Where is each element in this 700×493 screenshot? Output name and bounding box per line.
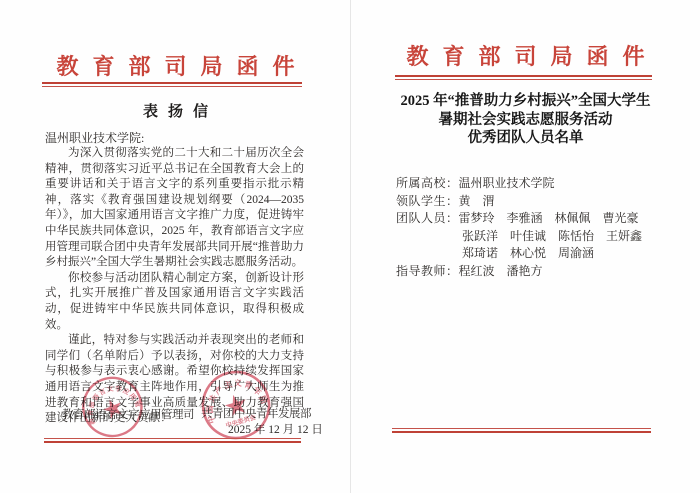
- document-scan: 教育部司局函件 表扬信 温州职业技术学院: 为深入贯彻落实党的二十大和二十届历次…: [0, 0, 700, 493]
- letter-title: 表扬信: [0, 100, 351, 121]
- letterhead-left: 教育部司局函件: [0, 50, 351, 81]
- field-advisor-value: 程红波 潘艳方: [459, 264, 543, 278]
- roster-title: 2025 年“推普助力乡村振兴”全国大学生 暑期社会实践志愿服务活动 优秀团队人…: [351, 92, 700, 148]
- letter-paragraph: 你校参与活动团队精心制定方案，创新设计形式，扎实开展推广普及国家通用语言文字实践…: [45, 271, 304, 333]
- footer-rule-right: [392, 428, 651, 433]
- salutation: 温州职业技术学院:: [45, 129, 144, 146]
- letterhead-rule-right: [395, 75, 652, 80]
- field-advisor: 指导教师：程红波 潘艳方: [396, 263, 676, 281]
- footer-rule-left: [44, 438, 301, 443]
- roster-fields: 所属高校：温州职业技术学院 领队学生：黄 渭 团队人员：雷梦玲 李雅涵 林佩佩 …: [396, 175, 676, 281]
- field-leader-value: 黄 渭: [459, 194, 495, 208]
- roster-page: 教育部司局函件 2025 年“推普助力乡村振兴”全国大学生 暑期社会实践志愿服务…: [351, 0, 700, 493]
- seal-star-icon: [223, 392, 249, 418]
- letterhead-right: 教育部司局函件: [351, 40, 700, 71]
- field-school: 所属高校：温州职业技术学院: [396, 175, 676, 193]
- field-leader: 领队学生：黄 渭: [396, 193, 676, 211]
- roster-title-line: 优秀团队人员名单: [351, 129, 700, 148]
- field-leader-label: 领队学生：: [396, 194, 459, 208]
- field-school-value: 温州职业技术学院: [459, 176, 555, 190]
- roster-title-line: 2025 年“推普助力乡村振兴”全国大学生: [351, 92, 700, 111]
- commendation-letter-page: 教育部司局函件 表扬信 温州职业技术学院: 为深入贯彻落实党的二十大和二十届历次…: [0, 0, 351, 493]
- field-team-label: 团队人员：: [396, 211, 459, 225]
- letterhead-rule-left: [42, 82, 302, 87]
- letter-paragraph: 为深入贯彻落实党的二十大和二十届历次全会精神，贯彻落实习近平总书记在全国教育大会…: [45, 146, 304, 271]
- field-school-label: 所属高校：: [396, 176, 459, 190]
- roster-title-line: 暑期社会实践志愿服务活动: [351, 111, 700, 130]
- team-members-line: 郑琦诺 林心悦 周渝涵: [396, 245, 676, 263]
- seal-star-icon: [100, 396, 125, 420]
- seal-center-text: 中央委员会: [225, 413, 258, 429]
- field-team: 团队人员：雷梦玲 李雅涵 林佩佩 曹光豪: [396, 210, 676, 228]
- team-members-line: 张跃洋 叶佳诚 陈恬怡 王妍鑫: [396, 228, 676, 246]
- field-advisor-label: 指导教师：: [396, 264, 459, 278]
- team-members-line: 雷梦玲 李雅涵 林佩佩 曹光豪: [459, 211, 639, 225]
